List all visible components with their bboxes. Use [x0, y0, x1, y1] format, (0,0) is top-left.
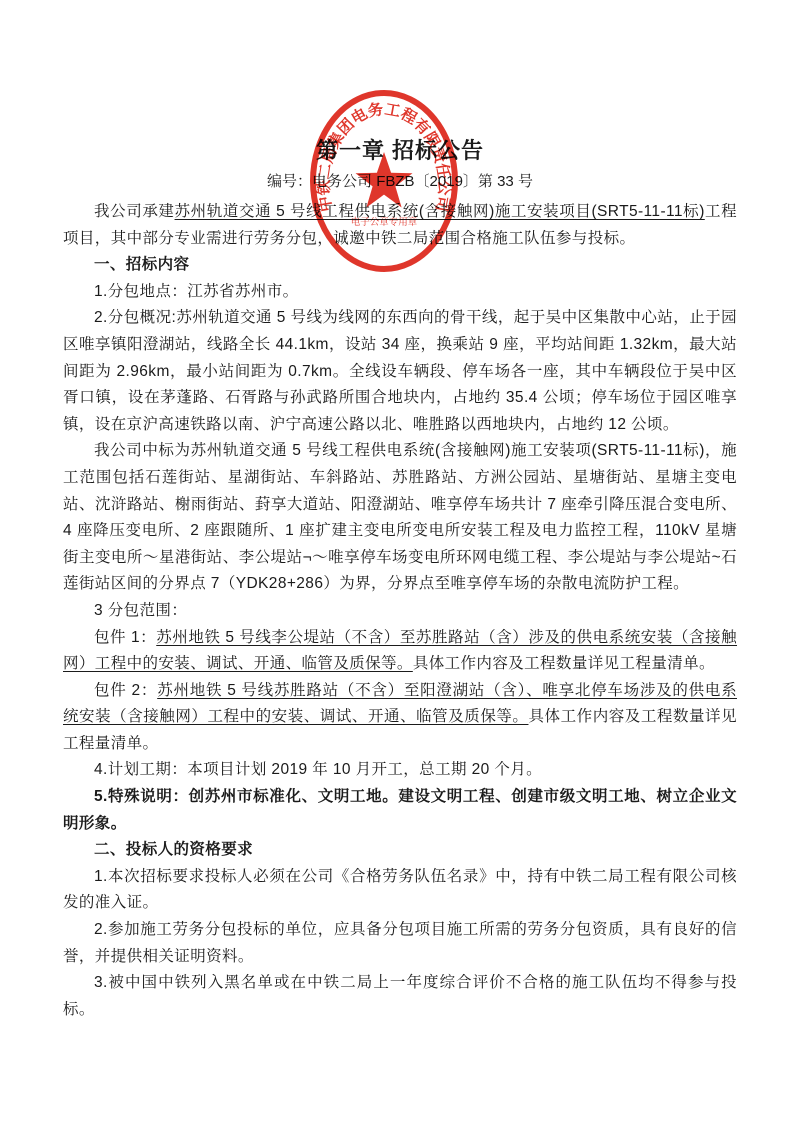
- requirement-3: 3.被中国中铁列入黑名单或在中铁二局上一年度综合评价不合格的施工队伍均不得参与投…: [63, 970, 737, 1023]
- item-2-scope: 我公司中标为苏州轨道交通 5 号线工程供电系统(含接触网)施工安装项(SRT5-…: [63, 438, 737, 598]
- package-2-lead: 包件 2：: [94, 682, 157, 699]
- item-2-overview: 2.分包概况:苏州轨道交通 5 号线为线网的东西向的骨干线，起于吴中区集散中心站…: [63, 305, 737, 438]
- item-1-location: 1.分包地点：江苏省苏州市。: [63, 279, 737, 306]
- intro-paragraph: 我公司承建苏州轨道交通 5 号线工程供电系统(含接触网)施工安装项目(SRT5-…: [63, 199, 737, 252]
- document-page: 第一章 招标公告 编号：电务公司 FBZB〔2019〕第 33 号 我公司承建苏…: [0, 0, 800, 1131]
- section-2-heading: 二、投标人的资格要求: [63, 837, 737, 864]
- chapter-title: 第一章 招标公告: [63, 136, 737, 166]
- requirement-2: 2.参加施工劳务分包投标的单位，应具备分包项目施工所需的劳务分包资质，具有良好的…: [63, 917, 737, 970]
- item-5-special-note: 5.特殊说明：创苏州市标准化、文明工地。建设文明工程、创建市级文明工地、树立企业…: [63, 784, 737, 837]
- package-1-lead: 包件 1：: [94, 629, 156, 646]
- document-number: 编号：电务公司 FBZB〔2019〕第 33 号: [63, 170, 737, 194]
- package-1-post: 具体工作内容及工程数量详见工程量清单。: [413, 655, 715, 672]
- section-1-heading: 一、招标内容: [63, 252, 737, 279]
- package-2-paragraph: 包件 2：苏州地铁 5 号线苏胜路站（不含）至阳澄湖站（含）、唯享北停车场涉及的…: [63, 678, 737, 758]
- intro-underlined-project-name: 苏州轨道交通 5 号线工程供电系统(含接触网)施工安装项目(SRT5-11-11…: [175, 203, 705, 220]
- package-1-paragraph: 包件 1：苏州地铁 5 号线李公堤站（不含）至苏胜路站（含）涉及的供电系统安装（…: [63, 625, 737, 678]
- intro-pre: 我公司承建: [94, 203, 175, 220]
- requirement-1: 1.本次招标要求投标人必须在公司《合格劳务队伍名录》中，持有中铁二局工程有限公司…: [63, 864, 737, 917]
- item-4-schedule: 4.计划工期：本项目计划 2019 年 10 月开工，总工期 20 个月。: [63, 757, 737, 784]
- item-3-label: 3 分包范围：: [63, 598, 737, 625]
- document-body: 我公司承建苏州轨道交通 5 号线工程供电系统(含接触网)施工安装项目(SRT5-…: [63, 199, 737, 1023]
